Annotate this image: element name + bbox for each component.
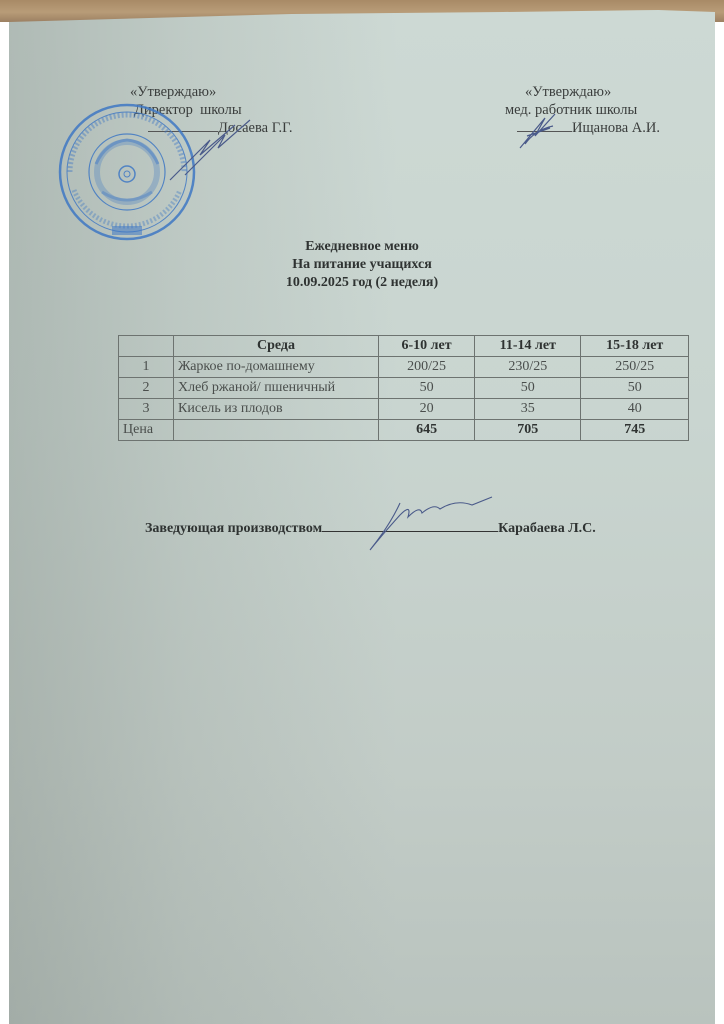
manager-signature-icon [360, 495, 500, 555]
dish-name: Кисель из плодов [174, 399, 379, 420]
row-num: 1 [119, 357, 174, 378]
price-row: Цена 645 705 745 [119, 420, 689, 441]
portion-11-14: 230/25 [475, 357, 581, 378]
row-num: 3 [119, 399, 174, 420]
price-6-10: 645 [379, 420, 475, 441]
menu-table: Среда 6-10 лет 11-14 лет 15-18 лет 1 Жар… [118, 335, 689, 441]
portion-11-14: 35 [475, 399, 581, 420]
row-num: 2 [119, 378, 174, 399]
portion-6-10: 200/25 [379, 357, 475, 378]
portion-11-14: 50 [475, 378, 581, 399]
table-header-row: Среда 6-10 лет 11-14 лет 15-18 лет [119, 336, 689, 357]
price-11-14: 705 [475, 420, 581, 441]
portion-15-18: 50 [581, 378, 689, 399]
header-age-11-14: 11-14 лет [475, 336, 581, 357]
price-15-18: 745 [581, 420, 689, 441]
portion-6-10: 50 [379, 378, 475, 399]
portion-6-10: 20 [379, 399, 475, 420]
header-age-15-18: 15-18 лет [581, 336, 689, 357]
header-day: Среда [174, 336, 379, 357]
approval-name: Ищанова А.И. [572, 120, 660, 136]
header-num [119, 336, 174, 357]
price-empty [174, 420, 379, 441]
dish-name: Жаркое по-домашнему [174, 357, 379, 378]
portion-15-18: 250/25 [581, 357, 689, 378]
header-age-6-10: 6-10 лет [379, 336, 475, 357]
dish-name: Хлеб ржаной/ пшеничный [174, 378, 379, 399]
approval-heading: «Утверждаю» [505, 83, 660, 101]
document-title: Ежедневное меню На питание учащихся 10.0… [0, 238, 724, 292]
medic-signature-icon [515, 108, 565, 153]
price-label: Цена [119, 420, 174, 441]
table-row: 1 Жаркое по-домашнему 200/25 230/25 250/… [119, 357, 689, 378]
director-signature-icon [150, 110, 260, 190]
footer-name: Карабаева Л.С. [498, 521, 596, 536]
footer-position: Заведующая производством [145, 521, 322, 536]
title-line-2: На питание учащихся [0, 256, 724, 274]
portion-15-18: 40 [581, 399, 689, 420]
table-row: 3 Кисель из плодов 20 35 40 [119, 399, 689, 420]
title-line-1: Ежедневное меню [0, 238, 724, 256]
approval-heading: «Утверждаю» [118, 83, 292, 101]
table-row: 2 Хлеб ржаной/ пшеничный 50 50 50 [119, 378, 689, 399]
title-line-3: 10.09.2025 год (2 неделя) [0, 274, 724, 292]
